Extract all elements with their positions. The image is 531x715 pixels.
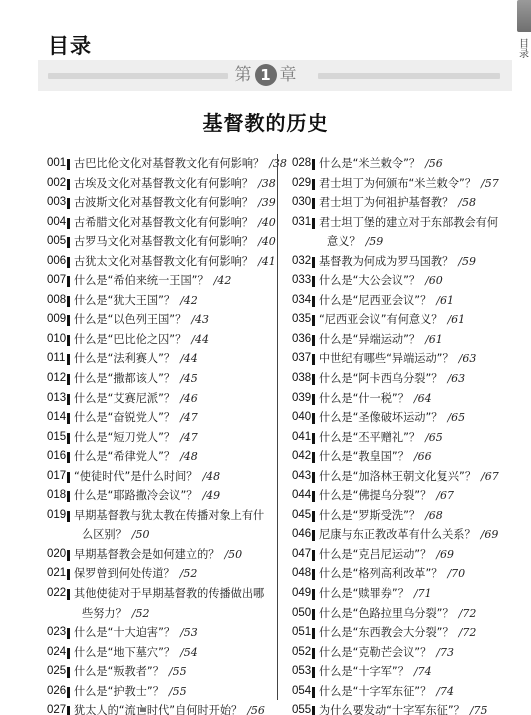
entry-bar-marker [312, 433, 315, 444]
entry-page-number: /74 [414, 665, 432, 678]
toc-entry[interactable]: 034什么是“尼西亚会议”？/61 [292, 291, 527, 311]
entry-page-number: /54 [180, 646, 198, 659]
entry-bar-marker [67, 159, 70, 170]
entry-bar-marker [312, 667, 315, 678]
entry-title: 什么是“加洛林王朝文化复兴”？ [319, 470, 476, 483]
entry-title: 什么是“撒都该人”？ [74, 372, 175, 385]
entry-number: 029 [292, 174, 311, 194]
entry-bar-marker [312, 706, 315, 715]
entry-page-number: /48 [202, 470, 220, 483]
entry-number: 014 [47, 408, 66, 428]
entry-title: 什么是“圣像破坏运动”？ [319, 411, 442, 424]
entry-number: 028 [292, 154, 311, 174]
entry-page-number: /67 [436, 489, 454, 502]
toc-column-left: 001古巴比伦文化对基督教文化有何影响？/38002古埃及文化对基督教文化有何影… [47, 154, 279, 715]
toc-entry[interactable]: 038什么是“阿卡西乌分裂”？/63 [292, 369, 527, 389]
entry-page-number: /41 [258, 255, 276, 268]
entry-title: 为什么要发动“十字军东征”？ [319, 704, 465, 715]
toc-entry[interactable]: 052什么是“克勒芒会议”？/73 [292, 643, 527, 663]
toc-entry[interactable]: 048什么是“格列高利改革”？/70 [292, 564, 527, 584]
toc-entry[interactable]: 028什么是“米兰敕令”？/56 [292, 154, 527, 174]
entry-title: 什么是“东西教会大分裂”？ [319, 626, 454, 639]
entry-bar-marker [67, 276, 70, 287]
entry-page-number: /66 [414, 450, 432, 463]
entry-page-number: /69 [481, 528, 499, 541]
entry-title: 什么是“克吕尼运动”？ [319, 548, 431, 561]
entry-number: 005 [47, 232, 66, 252]
entry-bar-marker [312, 491, 315, 502]
entry-title: 什么是“格列高利改革”？ [319, 567, 442, 580]
entry-title: 早期基督教与犹太教在传播对象上有什 [74, 509, 264, 522]
entry-bar-marker [67, 550, 70, 561]
chapter-prefix: 第 [235, 65, 252, 85]
entry-bar-marker [67, 218, 70, 229]
entry-bar-marker [67, 491, 70, 502]
entry-bar-marker [312, 315, 315, 326]
toc-entry[interactable]: 032基督教为何成为罗马国教？/59 [292, 252, 527, 272]
entry-number: 032 [292, 252, 311, 272]
entry-number: 019 [47, 506, 66, 526]
entry-page-number: /47 [180, 411, 198, 424]
entry-title: 古罗马文化对基督教文化有何影响？ [74, 235, 253, 248]
entry-number: 009 [47, 310, 66, 330]
entry-title: 什么是“奋锐党人”？ [74, 411, 175, 424]
toc-entry[interactable]: 012什么是“撒都该人”？/45 [47, 369, 279, 389]
entry-title: 什么是“护教士”？ [74, 685, 164, 698]
entry-page-number: /50 [224, 548, 242, 561]
entry-title: 什么是“犹大王国”？ [74, 294, 175, 307]
entry-page-number: /72 [459, 607, 477, 620]
toc-entry[interactable]: 002古埃及文化对基督教文化有何影响？/38 [47, 174, 279, 194]
entry-title: 保罗曾到何处传道？ [74, 567, 175, 580]
entry-bar-marker [312, 530, 315, 541]
entry-page-number: /72 [459, 626, 477, 639]
entry-bar-marker [67, 237, 70, 248]
entry-bar-marker [67, 648, 70, 659]
entry-bar-marker [312, 354, 315, 365]
entry-bar-marker [312, 589, 315, 600]
entry-number: 034 [292, 291, 311, 311]
entry-page-number: /52 [180, 567, 198, 580]
entry-page-number: /47 [180, 431, 198, 444]
toc-entry[interactable]: 011什么是“法利赛人”？/44 [47, 349, 279, 369]
entry-title: 什么是“巴比伦之囚”？ [74, 333, 186, 346]
entry-number: 051 [292, 623, 311, 643]
entry-number: 042 [292, 447, 311, 467]
entry-number: 054 [292, 682, 311, 702]
entry-page-number: /61 [425, 333, 443, 346]
entry-bar-marker [312, 374, 315, 385]
section-title: 基督教的历史 [0, 107, 531, 136]
entry-bar-marker [67, 296, 70, 307]
toc-entry[interactable]: 004古希腊文化对基督教文化有何影响？/40 [47, 213, 279, 233]
entry-title: 君士坦丁堡的建立对于东部教会有何 [319, 216, 498, 229]
entry-page-number: /56 [425, 157, 443, 170]
entry-bar-marker [67, 198, 70, 209]
entry-page-number: /49 [202, 489, 220, 502]
entry-title-continued-text: 么区别？ [82, 528, 127, 541]
toc-entry[interactable]: 053什么是“十字军”？/74 [292, 662, 527, 682]
entry-bar-marker [312, 687, 315, 698]
entry-bar-marker [312, 609, 315, 620]
entry-bar-marker [312, 628, 315, 639]
entry-bar-marker [67, 628, 70, 639]
entry-number: 048 [292, 564, 311, 584]
toc-entry[interactable]: 020早期基督教会是如何建立的？/50 [47, 545, 279, 565]
entry-number: 010 [47, 330, 66, 350]
toc-entry[interactable]: 035“尼西亚会议”有何意义？/61 [292, 310, 527, 330]
entry-title: 什么是“短刀党人”？ [74, 431, 175, 444]
toc-entry[interactable]: 027犹太人的“流亡时代”自何时开始？/56 [47, 701, 279, 715]
entry-bar-marker [312, 296, 315, 307]
entry-title: 早期基督教会是如何建立的？ [74, 548, 219, 561]
entry-number: 053 [292, 662, 311, 682]
entry-title-continued: 些努力？/52 [74, 604, 279, 624]
entry-number: 020 [47, 545, 66, 565]
entry-bar-marker [312, 179, 315, 190]
entry-number: 050 [292, 604, 311, 624]
toc-entry[interactable]: 024什么是“地下墓穴”？/54 [47, 643, 279, 663]
toc-entry[interactable]: 047什么是“克吕尼运动”？/69 [292, 545, 527, 565]
entry-title: 什么是“克勒芒会议”？ [319, 646, 431, 659]
entry-page-number: /42 [214, 274, 232, 287]
entry-title: 古波斯文化对基督教文化有何影响？ [74, 196, 253, 209]
entry-page-number: /44 [191, 333, 209, 346]
toc-entry[interactable]: 014什么是“奋锐党人”？/47 [47, 408, 279, 428]
entry-number: 043 [292, 467, 311, 487]
entry-page-number: /63 [459, 352, 477, 365]
entry-number: 049 [292, 584, 311, 604]
toc-entry[interactable]: 037中世纪有哪些“异端运动”？/63 [292, 349, 527, 369]
entry-number: 030 [292, 193, 311, 213]
entry-page-number: /67 [481, 470, 499, 483]
entry-page-number: /65 [447, 411, 465, 424]
entry-bar-marker [67, 335, 70, 346]
entry-number: 040 [292, 408, 311, 428]
entry-number: 031 [292, 213, 311, 233]
entry-bar-marker [67, 433, 70, 444]
toc-entry[interactable]: 042什么是“教皇国”？/66 [292, 447, 527, 467]
entry-bar-marker [312, 218, 315, 229]
entry-title: 其他使徒对于早期基督教的传播做出哪 [74, 587, 264, 600]
entry-title: “使徒时代”是什么时间？ [74, 470, 197, 483]
toc-entry[interactable]: 029君士坦丁为何颁布“米兰敕令”？/57 [292, 174, 527, 194]
entry-title: 什么是“十字军”？ [319, 665, 409, 678]
entry-title: 什么是“赎罪券”？ [319, 587, 409, 600]
entry-title: 什么是“米兰敕令”？ [319, 157, 420, 170]
entry-page-number: /43 [191, 313, 209, 326]
entry-page-number: /55 [169, 685, 187, 698]
toc-entry[interactable]: 040什么是“圣像破坏运动”？/65 [292, 408, 527, 428]
entry-bar-marker [67, 315, 70, 326]
entry-page-number: /75 [470, 704, 488, 715]
entry-bar-marker [312, 257, 315, 268]
entry-title: 古巴比伦文化对基督教文化有何影响？ [74, 157, 264, 170]
toc-entry[interactable]: 015什么是“短刀党人”？/47 [47, 428, 279, 448]
entry-number: 024 [47, 643, 66, 663]
entry-page-number: /74 [436, 685, 454, 698]
entry-bar-marker [312, 452, 315, 463]
toc-entry[interactable]: 026什么是“护教士”？/55 [47, 682, 279, 702]
toc-entry[interactable]: 046尼康与东正教改革有什么关系？/69 [292, 525, 527, 545]
entry-number: 045 [292, 506, 311, 526]
entry-page-number: /63 [447, 372, 465, 385]
entry-title: 什么是“叛教者”？ [74, 665, 164, 678]
entry-page-number: /38 [269, 157, 287, 170]
entry-bar-marker [67, 472, 70, 483]
entry-page-number: /45 [180, 372, 198, 385]
entry-number: 039 [292, 389, 311, 409]
entry-page-number: /44 [180, 352, 198, 365]
entry-title: 什么是“教皇国”？ [319, 450, 409, 463]
entry-bar-marker [312, 648, 315, 659]
entry-title: 什么是“十字军东征”？ [319, 685, 431, 698]
toc-entry[interactable]: 006古犹太文化对基督教文化有何影响？/41 [47, 252, 279, 272]
toc-entry[interactable]: 010什么是“巴比伦之囚”？/44 [47, 330, 279, 350]
chapter-suffix: 章 [280, 65, 297, 85]
entry-bar-marker [312, 198, 315, 209]
entry-title: 什么是“艾赛尼派”？ [74, 392, 175, 405]
entry-bar-marker [312, 472, 315, 483]
toc-entry[interactable]: 041什么是“丕平赠礼”？/65 [292, 428, 527, 448]
entry-page-number: /53 [180, 626, 198, 639]
toc-entry[interactable]: 049什么是“赎罪券”？/71 [292, 584, 527, 604]
toc-entry[interactable]: 018什么是“耶路撒冷会议”？/49 [47, 486, 279, 506]
entry-title-continued: 么区别？/50 [74, 525, 279, 545]
entry-number: 008 [47, 291, 66, 311]
entry-bar-marker [67, 354, 70, 365]
chapter-heading: 第1章 [0, 63, 531, 87]
entry-number: 012 [47, 369, 66, 389]
entry-title: 犹太人的“流亡时代”自何时开始？ [74, 704, 242, 715]
entry-title: 什么是“以色列王国”？ [74, 313, 186, 326]
entry-page-number: /61 [447, 313, 465, 326]
entry-bar-marker [312, 550, 315, 561]
entry-page-number: /68 [425, 509, 443, 522]
entry-bar-marker [67, 667, 70, 678]
entry-number: 055 [292, 701, 311, 715]
entry-title: 古犹太文化对基督教文化有何影响？ [74, 255, 253, 268]
entry-bar-marker [67, 413, 70, 424]
toc-entry[interactable]: 008什么是“犹大王国”？/42 [47, 291, 279, 311]
toc-entry[interactable]: 030君士坦丁为何祖护基督教？/58 [292, 193, 527, 213]
corner-label: 目录 [518, 40, 530, 60]
toc-entry[interactable]: 051什么是“东西教会大分裂”？/72 [292, 623, 527, 643]
entry-title: 什么是“佛提乌分裂”？ [319, 489, 431, 502]
entry-number: 021 [47, 564, 66, 584]
entry-title-continued-text: 些努力？ [82, 607, 127, 620]
toc-entry[interactable]: 019早期基督教与犹太教在传播对象上有什么区别？/50 [47, 506, 279, 545]
entry-page-number: /38 [258, 177, 276, 190]
entry-bar-marker [67, 257, 70, 268]
entry-page-number: /73 [436, 646, 454, 659]
entry-number: 013 [47, 389, 66, 409]
toc-entry[interactable]: 031君士坦丁堡的建立对于东部教会有何意义？/59 [292, 213, 527, 252]
toc-entry[interactable]: 005古罗马文化对基督教文化有何影响？/40 [47, 232, 279, 252]
entry-number: 025 [47, 662, 66, 682]
entry-bar-marker [312, 413, 315, 424]
entry-page-number: /58 [458, 196, 476, 209]
entry-number: 002 [47, 174, 66, 194]
entry-bar-marker [67, 179, 70, 190]
entry-page-number: /55 [169, 665, 187, 678]
entry-title-continued: 意义？/59 [319, 232, 527, 252]
entry-bar-marker [312, 335, 315, 346]
entry-bar-marker [312, 159, 315, 170]
entry-number: 046 [292, 525, 311, 545]
entry-number: 027 [47, 701, 66, 715]
entry-title: 君士坦丁为何颁布“米兰敕令”？ [319, 177, 476, 190]
entry-title: 古希腊文化对基督教文化有何影响？ [74, 216, 253, 229]
entry-title: 基督教为何成为罗马国教？ [319, 255, 453, 268]
entry-title: 什么是“丕平赠礼”？ [319, 431, 420, 444]
corner-thumb-tab [517, 0, 531, 32]
toc-entry[interactable]: 021保罗曾到何处传道？/52 [47, 564, 279, 584]
entry-number: 023 [47, 623, 66, 643]
toc-column-right: 028什么是“米兰敕令”？/56029君士坦丁为何颁布“米兰敕令”？/57030… [292, 154, 527, 715]
chapter-number-badge: 1 [255, 64, 277, 86]
entry-page-number: /64 [414, 392, 432, 405]
toc-entry[interactable]: 036什么是“异端运动”？/61 [292, 330, 527, 350]
page-bottom-mark [140, 708, 146, 712]
entry-page-number: /65 [425, 431, 443, 444]
entry-page-number: /56 [247, 704, 265, 715]
entry-number: 016 [47, 447, 66, 467]
entry-number: 041 [292, 428, 311, 448]
entry-title: 什么是“希律党人”？ [74, 450, 175, 463]
entry-page-number: /61 [436, 294, 454, 307]
entry-number: 033 [292, 271, 311, 291]
entry-bar-marker [67, 569, 70, 580]
entry-title: 什么是“地下墓穴”？ [74, 646, 175, 659]
toc-entry[interactable]: 055为什么要发动“十字军东征”？/75 [292, 701, 527, 715]
page-title: 目录 [48, 30, 92, 60]
entry-title: 什么是“希伯来统一王国”？ [74, 274, 209, 287]
entry-bar-marker [312, 276, 315, 287]
entry-bar-marker [67, 394, 70, 405]
entry-number: 015 [47, 428, 66, 448]
entry-bar-marker [312, 569, 315, 580]
entry-number: 001 [47, 154, 66, 174]
entry-title: 什么是“罗斯受洗”？ [319, 509, 420, 522]
entry-page-number: /57 [481, 177, 499, 190]
toc-entry[interactable]: 003古波斯文化对基督教文化有何影响？/39 [47, 193, 279, 213]
entry-title: 什么是“耶路撒冷会议”？ [74, 489, 197, 502]
entry-title: 什么是“尼西亚会议”？ [319, 294, 431, 307]
entry-number: 003 [47, 193, 66, 213]
entry-bar-marker [67, 589, 70, 600]
entry-number: 017 [47, 467, 66, 487]
entry-number: 044 [292, 486, 311, 506]
entry-bar-marker [312, 511, 315, 522]
entry-number: 007 [47, 271, 66, 291]
entry-bar-marker [67, 374, 70, 385]
entry-title: 什么是“十大迫害”？ [74, 626, 175, 639]
entry-page-number: /48 [180, 450, 198, 463]
toc-entry[interactable]: 044什么是“佛提乌分裂”？/67 [292, 486, 527, 506]
entry-page-number: /46 [180, 392, 198, 405]
entry-number: 052 [292, 643, 311, 663]
entry-title: 古埃及文化对基督教文化有何影响？ [74, 177, 253, 190]
entry-number: 004 [47, 213, 66, 233]
toc-entry[interactable]: 022其他使徒对于早期基督教的传播做出哪些努力？/52 [47, 584, 279, 623]
toc-entry[interactable]: 023什么是“十大迫害”？/53 [47, 623, 279, 643]
entry-title: 中世纪有哪些“异端运动”？ [319, 352, 454, 365]
toc-entry[interactable]: 025什么是“叛教者”？/55 [47, 662, 279, 682]
entry-page-number: /39 [258, 196, 276, 209]
toc-entry[interactable]: 043什么是“加洛林王朝文化复兴”？/67 [292, 467, 527, 487]
entry-page-number: /50 [132, 528, 150, 541]
entry-number: 006 [47, 252, 66, 272]
entry-bar-marker [312, 394, 315, 405]
toc-entry[interactable]: 013什么是“艾赛尼派”？/46 [47, 389, 279, 409]
column-divider [277, 154, 278, 700]
entry-page-number: /60 [425, 274, 443, 287]
toc-entry[interactable]: 050什么是“色路拉里乌分裂”？/72 [292, 604, 527, 624]
entry-bar-marker [67, 687, 70, 698]
entry-bar-marker [67, 452, 70, 463]
entry-number: 037 [292, 349, 311, 369]
toc-entry[interactable]: 016什么是“希律党人”？/48 [47, 447, 279, 467]
entry-bar-marker [67, 511, 70, 522]
entry-page-number: /40 [258, 235, 276, 248]
entry-number: 035 [292, 310, 311, 330]
entry-title: 什么是“什一税”？ [319, 392, 409, 405]
toc-entry[interactable]: 045什么是“罗斯受洗”？/68 [292, 506, 527, 526]
entry-page-number: /40 [258, 216, 276, 229]
entry-page-number: /42 [180, 294, 198, 307]
entry-number: 018 [47, 486, 66, 506]
entry-number: 011 [47, 349, 65, 369]
toc-entry[interactable]: 033什么是“大公会议”？/60 [292, 271, 527, 291]
entry-number: 038 [292, 369, 311, 389]
toc-entry[interactable]: 007什么是“希伯来统一王国”？/42 [47, 271, 279, 291]
entry-bar-marker [67, 706, 70, 715]
toc-entry[interactable]: 054什么是“十字军东征”？/74 [292, 682, 527, 702]
entry-title: 什么是“阿卡西乌分裂”？ [319, 372, 442, 385]
entry-title: 君士坦丁为何祖护基督教？ [319, 196, 453, 209]
entry-title-continued-text: 意义？ [327, 235, 361, 248]
entry-title: 什么是“大公会议”？ [319, 274, 420, 287]
entry-page-number: /69 [436, 548, 454, 561]
toc-entry[interactable]: 001古巴比伦文化对基督教文化有何影响？/38 [47, 154, 279, 174]
entry-page-number: /59 [458, 255, 476, 268]
toc-entry[interactable]: 039什么是“什一税”？/64 [292, 389, 527, 409]
entry-page-number: /71 [414, 587, 432, 600]
entry-number: 026 [47, 682, 66, 702]
entry-number: 022 [47, 584, 66, 604]
entry-title: 什么是“法利赛人”？ [74, 352, 175, 365]
entry-page-number: /59 [366, 235, 384, 248]
entry-title: 尼康与东正教改革有什么关系？ [319, 528, 476, 541]
entry-number: 036 [292, 330, 311, 350]
entry-page-number: /52 [132, 607, 150, 620]
entry-title: 什么是“异端运动”？ [319, 333, 420, 346]
toc-entry[interactable]: 009什么是“以色列王国”？/43 [47, 310, 279, 330]
entry-number: 047 [292, 545, 311, 565]
entry-title: 什么是“色路拉里乌分裂”？ [319, 607, 454, 620]
toc-entry[interactable]: 017“使徒时代”是什么时间？/48 [47, 467, 279, 487]
entry-page-number: /70 [447, 567, 465, 580]
entry-title: “尼西亚会议”有何意义？ [319, 313, 442, 326]
